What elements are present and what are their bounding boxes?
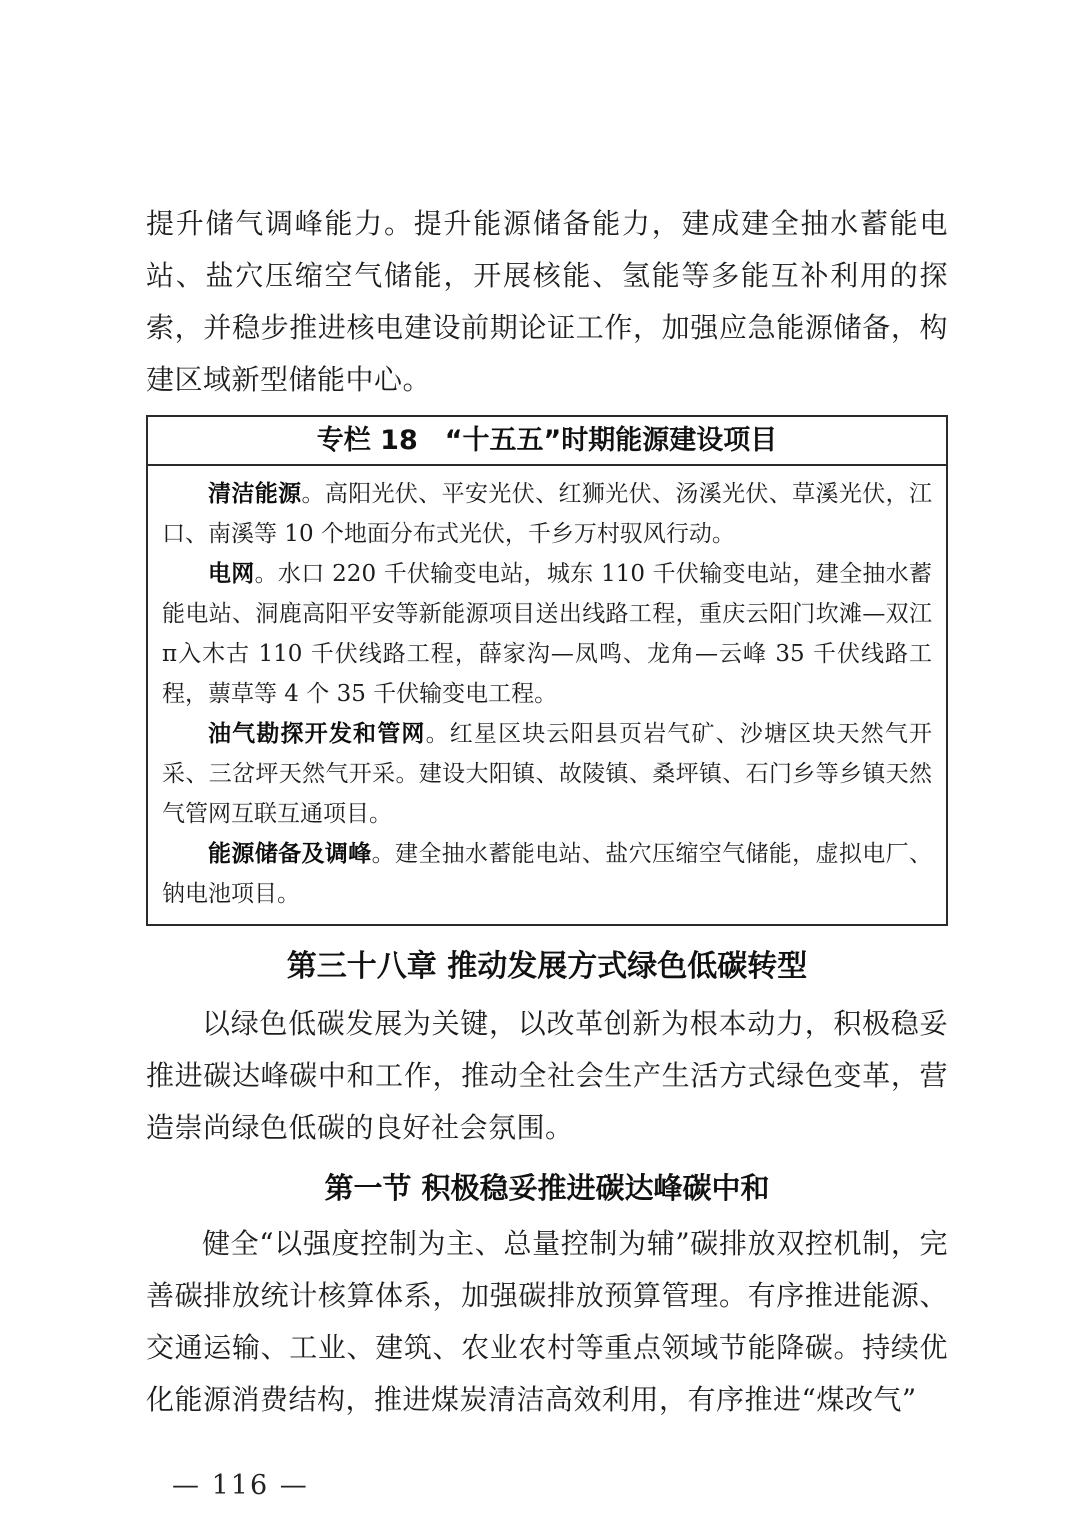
chapter-heading: 第三十八章 推动发展方式绿色低碳转型 (146, 942, 948, 992)
column-item-label: 电网 (208, 561, 255, 587)
column-box-body: 清洁能源。高阳光伏、平安光伏、红狮光伏、汤溪光伏、草溪光伏，江口、南溪等 10 … (148, 466, 946, 924)
chapter-intro-paragraph: 以绿色低碳发展为关键，以改革创新为根本动力，积极稳妥推进碳达峰碳中和工作，推动全… (146, 998, 948, 1154)
column-item-energy-reserve: 能源储备及调峰。建全抽水蓄能电站、盐穴压缩空气储能，虚拟电厂、钠电池项目。 (162, 834, 932, 914)
column-item-label: 油气勘探开发和管网 (208, 721, 426, 747)
section-heading: 第一节 积极稳妥推进碳达峰碳中和 (146, 1164, 948, 1212)
column-item-power-grid: 电网。水口 220 千伏输变电站，城东 110 千伏输变电站，建全抽水蓄能电站、… (162, 554, 932, 714)
column-box-title: 专栏 18 “十五五”时期能源建设项目 (148, 417, 946, 466)
document-page: 提升储气调峰能力。提升能源储备能力，建成建全抽水蓄能电站、盐穴压缩空气储能，开展… (0, 0, 1074, 1520)
column-item-oil-gas: 油气勘探开发和管网。红星区块云阳县页岩气矿、沙塘区块天然气开采、三岔坪天然气开采… (162, 714, 932, 834)
column-item-label: 清洁能源 (208, 481, 301, 507)
column-item-label: 能源储备及调峰 (208, 841, 372, 867)
column-item-clean-energy: 清洁能源。高阳光伏、平安光伏、红狮光伏、汤溪光伏、草溪光伏，江口、南溪等 10 … (162, 474, 932, 554)
section-paragraph: 健全“以强度控制为主、总量控制为辅”碳排放双控机制，完善碳排放统计核算体系，加强… (146, 1218, 948, 1426)
column-item-text: 。水口 220 千伏输变电站，城东 110 千伏输变电站，建全抽水蓄能电站、洞鹿… (162, 561, 932, 707)
intro-paragraph: 提升储气调峰能力。提升能源储备能力，建成建全抽水蓄能电站、盐穴压缩空气储能，开展… (146, 198, 948, 406)
column-box-18: 专栏 18 “十五五”时期能源建设项目 清洁能源。高阳光伏、平安光伏、红狮光伏、… (146, 415, 948, 926)
page-number: — 116 — (172, 1470, 948, 1501)
